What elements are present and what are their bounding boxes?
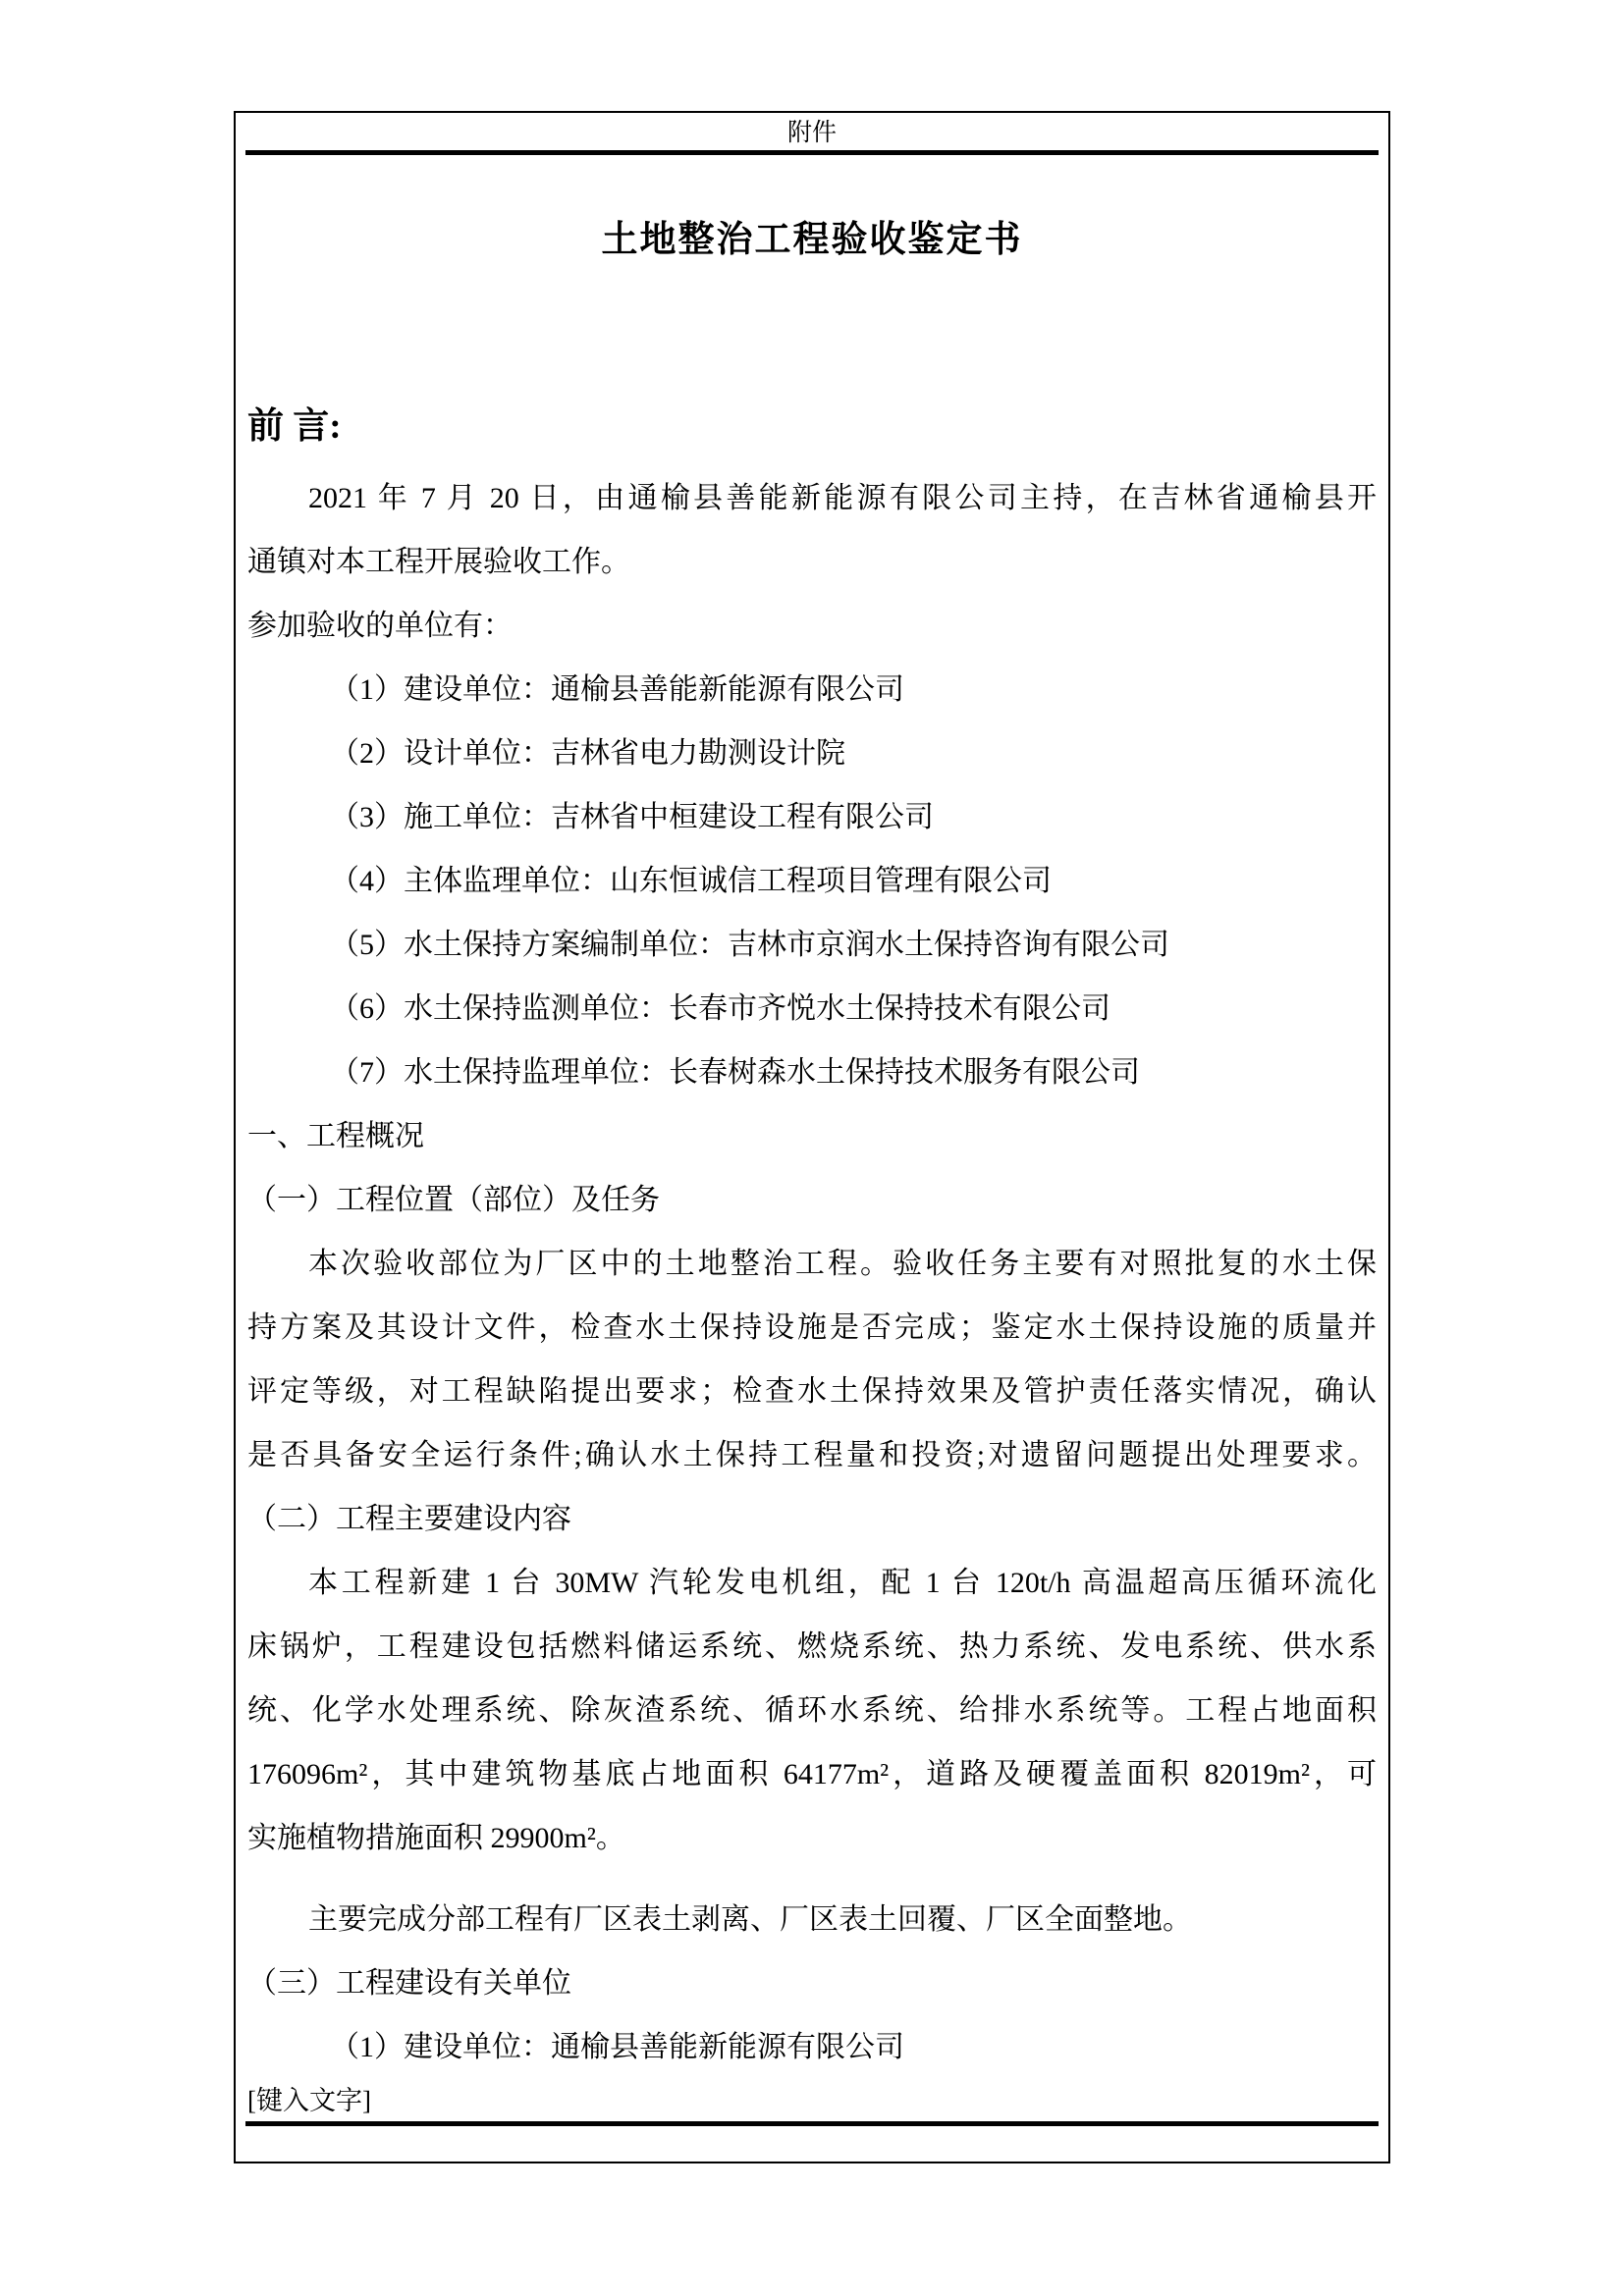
body-line: 本次验收部位为厂区中的土地整治工程。验收任务主要有对照批复的水土保 <box>247 1232 1377 1296</box>
body-line: 评定等级，对工程缺陷提出要求；检查水土保持效果及管护责任落实情况，确认 <box>247 1360 1377 1423</box>
body-line: 持方案及其设计文件，检查水土保持设施是否完成；鉴定水土保持设施的质量并 <box>247 1296 1377 1360</box>
body-line: 参加验收的单位有： <box>247 594 1377 658</box>
body-line: 床锅炉，工程建设包括燃料储运系统、燃烧系统、热力系统、发电系统、供水系 <box>247 1615 1377 1679</box>
body-line: 是否具备安全运行条件;确认水土保持工程量和投资;对遗留问题提出处理要求。 <box>247 1423 1377 1487</box>
foreword-heading: 前 言: <box>247 398 342 456</box>
list-item: （6）水土保持监测单位：长春市齐悦水土保持技术有限公司 <box>247 977 1377 1041</box>
section-heading: （三）工程建设有关单位 <box>247 1951 1377 2015</box>
list-item: （2）设计单位：吉林省电力勘测设计院 <box>247 721 1377 785</box>
body-line: 通镇对本工程开展验收工作。 <box>247 530 1377 594</box>
document-body: 2021 年 7 月 20 日，由通榆县善能新能源有限公司主持，在吉林省通榆县开… <box>247 466 1377 2079</box>
attachment-label: 附件 <box>236 117 1388 150</box>
list-item: （1）建设单位：通榆县善能新能源有限公司 <box>247 658 1377 721</box>
list-item: （1）建设单位：通榆县善能新能源有限公司 <box>247 2015 1377 2079</box>
footer-placeholder: [键入文字] <box>247 2082 371 2119</box>
list-item: （5）水土保持方案编制单位：吉林市京润水土保持咨询有限公司 <box>247 913 1377 977</box>
list-item: （7）水土保持监理单位：长春树森水土保持技术服务有限公司 <box>247 1041 1377 1104</box>
footer-rule <box>245 2121 1379 2126</box>
document-title: 土地整治工程验收鉴定书 <box>236 217 1388 264</box>
body-line: 统、化学水处理系统、除灰渣系统、循环水系统、给排水系统等。工程占地面积 <box>247 1679 1377 1742</box>
header-rule <box>245 150 1379 155</box>
body-line: 2021 年 7 月 20 日，由通榆县善能新能源有限公司主持，在吉林省通榆县开 <box>247 466 1377 530</box>
body-line: 176096m²，其中建筑物基底占地面积 64177m²，道路及硬覆盖面积 82… <box>247 1742 1377 1806</box>
body-line: 主要完成分部工程有厂区表土剥离、厂区表土回覆、厂区全面整地。 <box>247 1888 1377 1951</box>
section-heading: （二）工程主要建设内容 <box>247 1487 1377 1551</box>
page-sheet: 附件 土地整治工程验收鉴定书 前 言: 2021 年 7 月 20 日，由通榆县… <box>234 111 1390 2163</box>
section-heading: 一、工程概况 <box>247 1104 1377 1168</box>
list-item: （4）主体监理单位：山东恒诚信工程项目管理有限公司 <box>247 849 1377 913</box>
section-heading: （一）工程位置（部位）及任务 <box>247 1168 1377 1232</box>
list-item: （3）施工单位：吉林省中桓建设工程有限公司 <box>247 785 1377 849</box>
body-line: 实施植物措施面积 29900m²。 <box>247 1806 1377 1870</box>
body-line: 本工程新建 1 台 30MW 汽轮发电机组，配 1 台 120t/h 高温超高压… <box>247 1551 1377 1615</box>
